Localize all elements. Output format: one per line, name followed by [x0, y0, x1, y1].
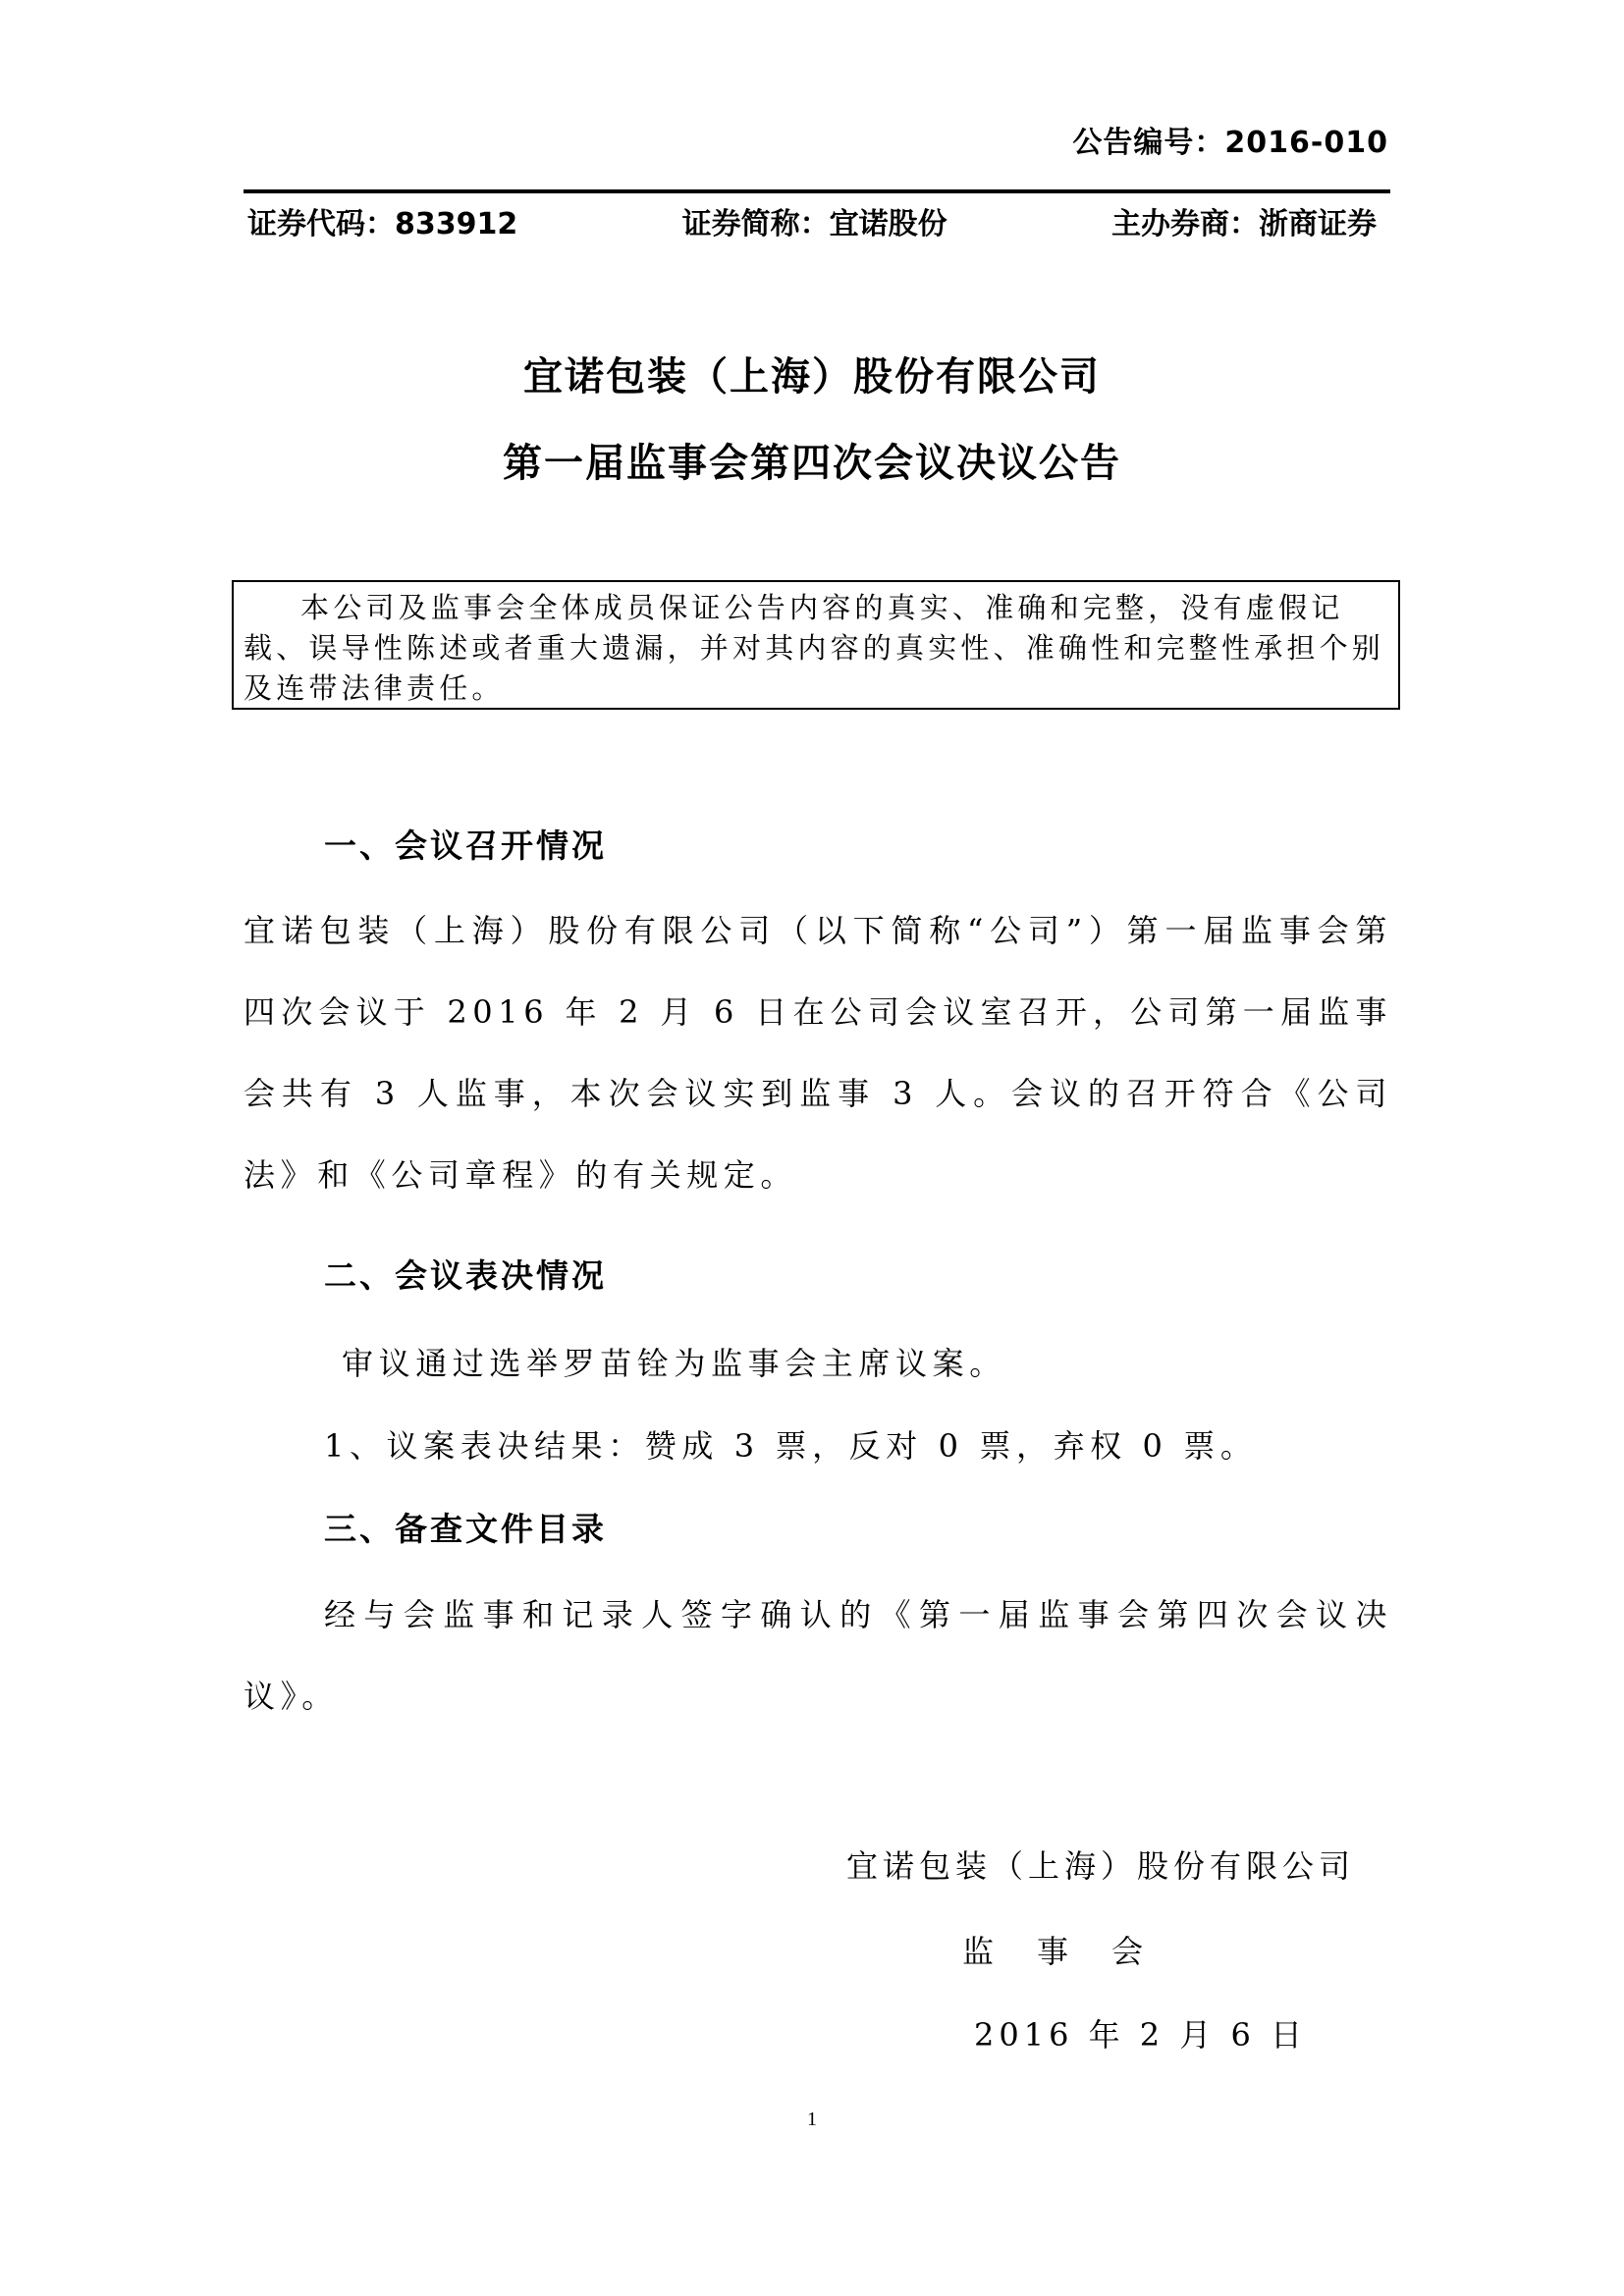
document-title-subject: 第一届监事会第四次会议决议公告 — [0, 432, 1624, 488]
sponsor-broker: 主办券商：浙商证券 — [1111, 199, 1377, 242]
section-paragraph: 宜诺包装（上海）股份有限公司（以下简称“公司”）第一届监事会第四次会议于 201… — [244, 890, 1392, 1216]
section-heading-voting: 二、会议表决情况 — [324, 1251, 607, 1297]
section-paragraph: 经与会监事和记录人签字确认的《第一届监事会第四次会议决议》。 — [244, 1575, 1392, 1737]
section-heading-meeting-convening: 一、会议召开情况 — [324, 821, 607, 867]
document-title-company: 宜诺包装（上海）股份有限公司 — [0, 346, 1624, 401]
security-code: 证券代码：833912 — [247, 199, 517, 242]
security-abbreviation: 证券简称：宜诺股份 — [682, 199, 947, 242]
section-paragraph: 审议通过选举罗苗铨为监事会主席议案。 — [342, 1323, 1392, 1405]
signature-board: 监事会 — [962, 1927, 1186, 1972]
announcement-number: 公告编号：2016-010 — [1072, 118, 1388, 161]
page-number: 1 — [0, 2109, 1624, 2131]
voting-result: 1、议案表决结果：赞成 3 票，反对 0 票，弃权 0 票。 — [324, 1406, 1394, 1487]
signature-company: 宜诺包装（上海）股份有限公司 — [846, 1842, 1355, 1887]
security-info-bar: 证券代码：833912 证券简称：宜诺股份 主办券商：浙商证券 — [247, 199, 1377, 242]
header-divider — [244, 189, 1390, 193]
signature-date: 2016 年 2 月 6 日 — [974, 2010, 1307, 2056]
disclaimer-box: 本公司及监事会全体成员保证公告内容的真实、准确和完整，没有虚假记载、误导性陈述或… — [232, 580, 1400, 710]
section-heading-reference-documents: 三、备查文件目录 — [324, 1504, 607, 1550]
